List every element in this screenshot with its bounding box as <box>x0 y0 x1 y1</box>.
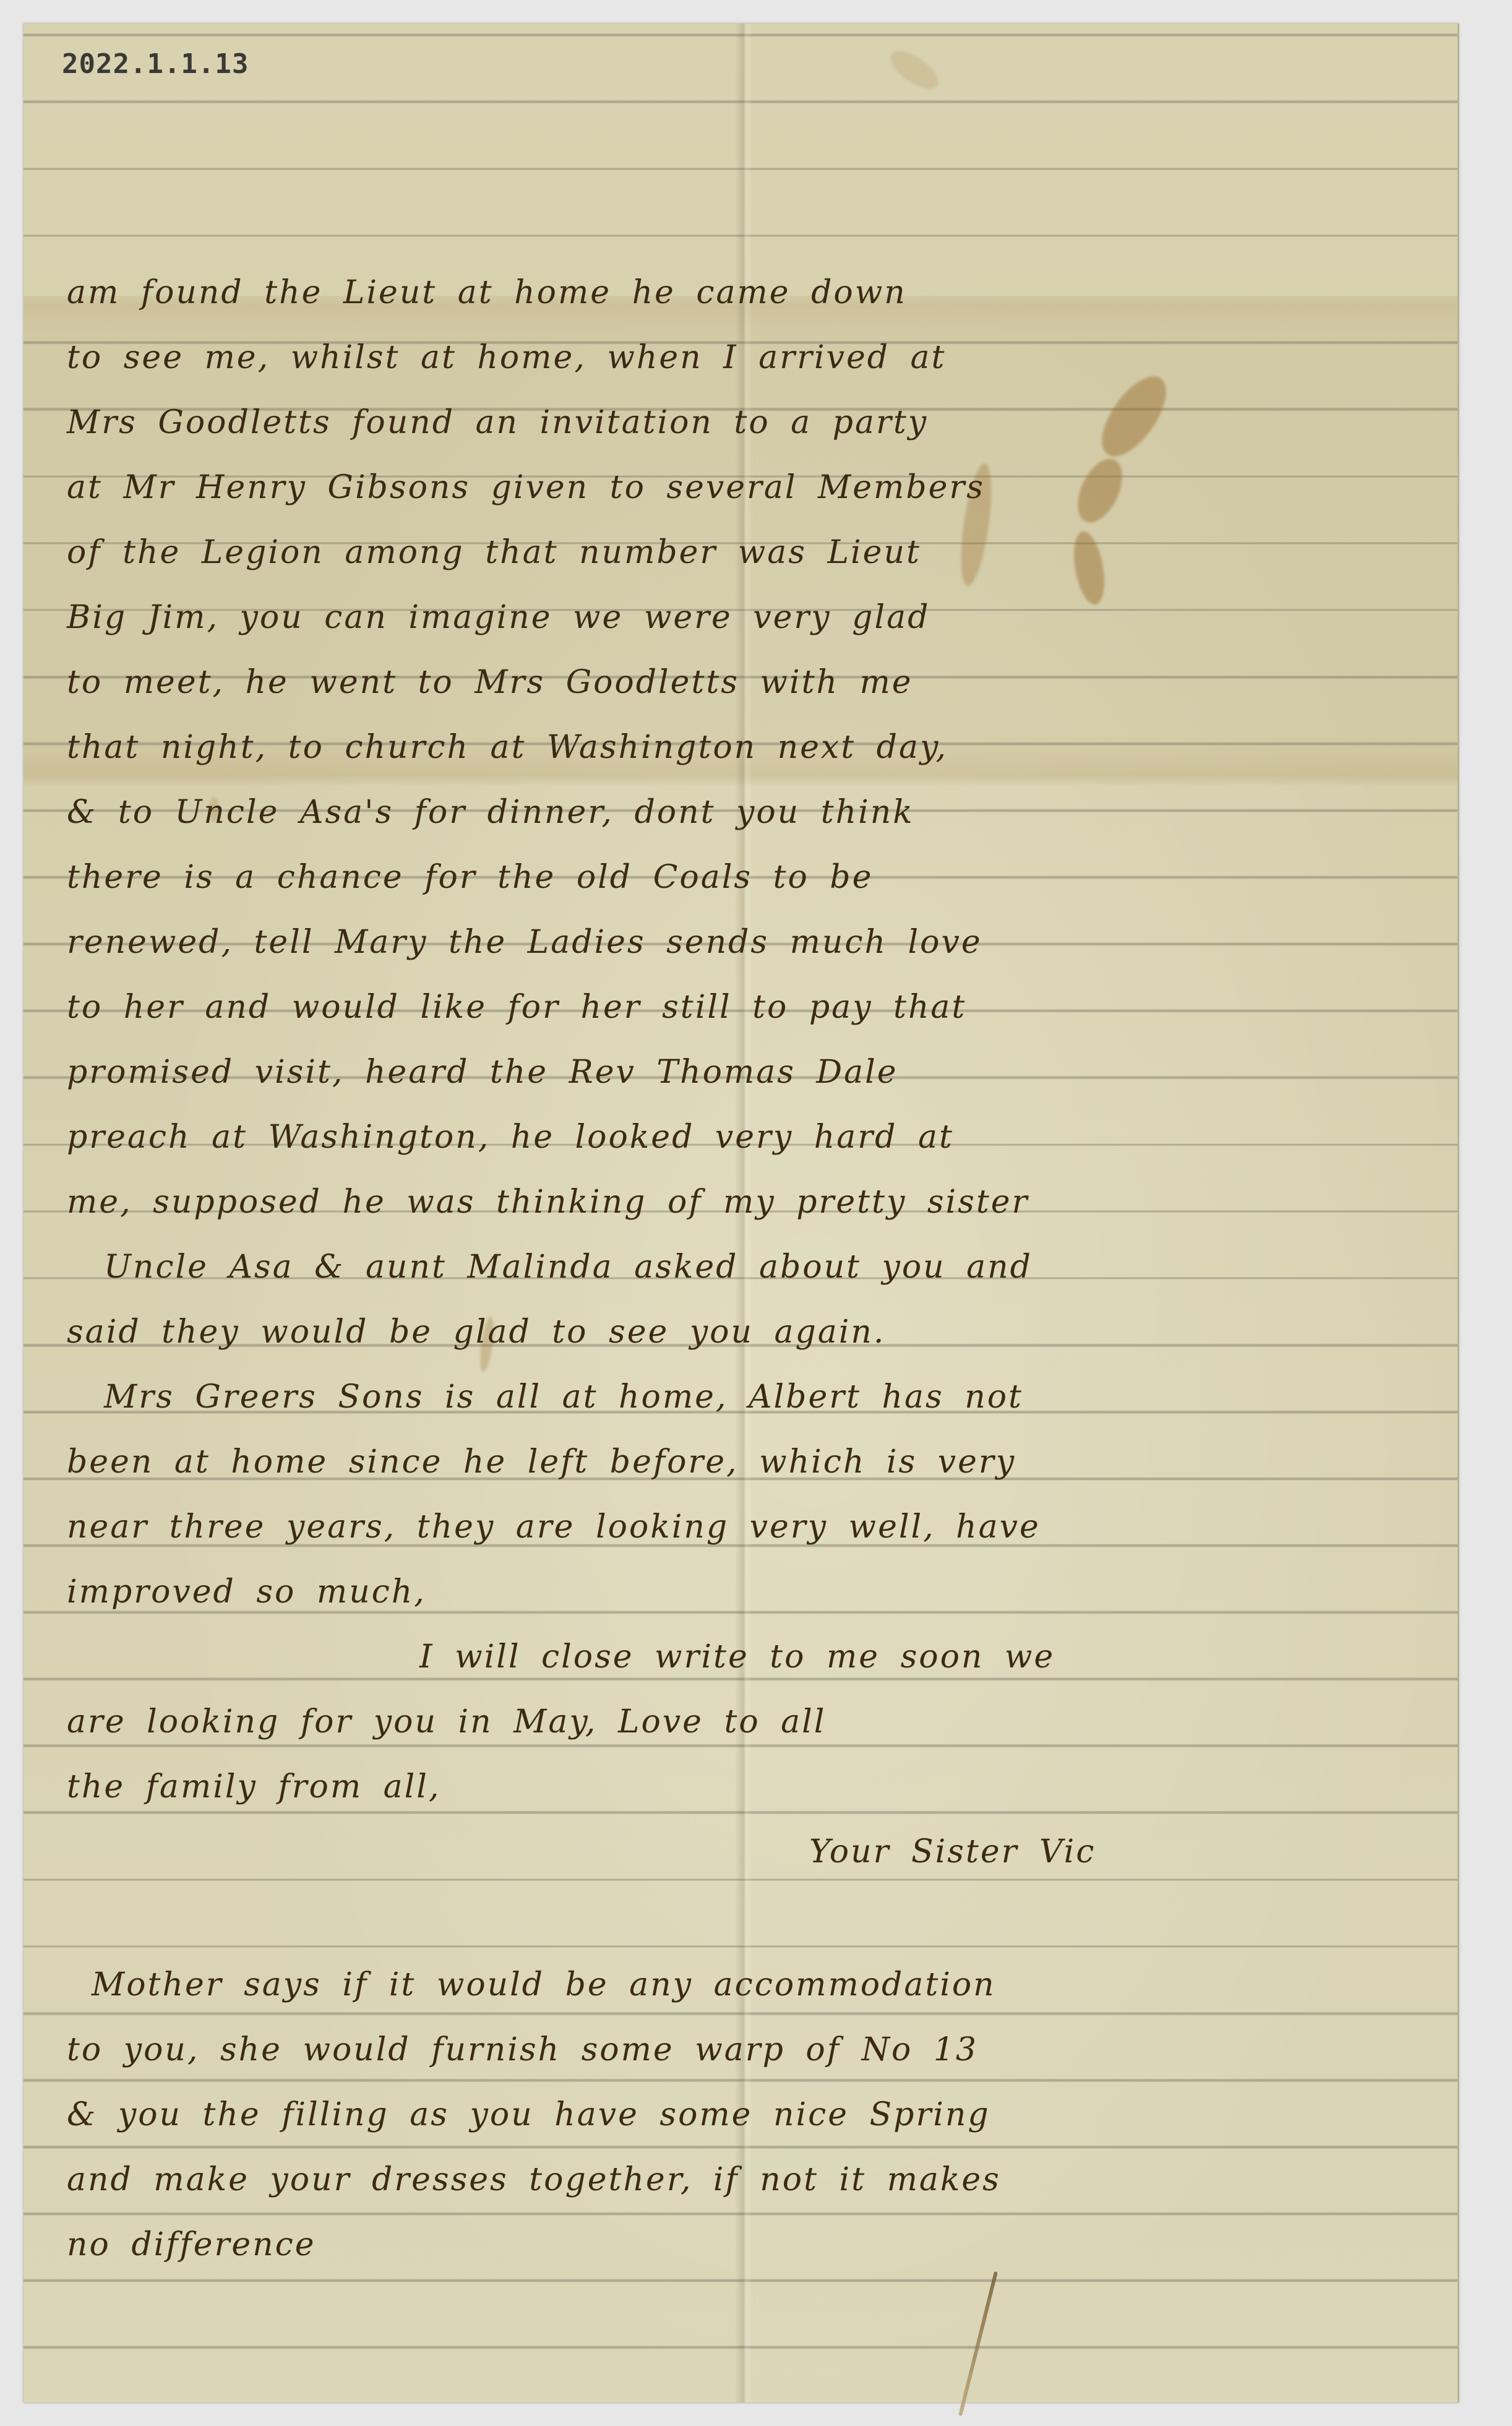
letter-line: am found the Lieut at home he came down <box>67 265 1433 320</box>
postscript-line: no difference <box>67 2217 1433 2273</box>
postscript-line: and make your dresses together, if not i… <box>67 2152 1433 2208</box>
letter-line: to her and would like for her still to p… <box>67 979 1433 1035</box>
letter-closing-signature: Your Sister Vic <box>809 1824 1433 1880</box>
letter-line: to see me, whilst at home, when I arrive… <box>67 330 1433 385</box>
postscript-line: & you the filling as you have some nice … <box>67 2087 1433 2143</box>
letter-line: near three years, they are looking very … <box>67 1499 1433 1555</box>
letter-line: the family from all, <box>67 1759 1433 1815</box>
postscript-line: Mother says if it would be any accommoda… <box>92 1957 1433 2013</box>
letter-line: promised visit, heard the Rev Thomas Dal… <box>67 1044 1433 1100</box>
letter-line: preach at Washington, he looked very har… <box>67 1109 1433 1165</box>
letter-line: of the Legion among that number was Lieu… <box>67 525 1433 580</box>
letter-line: to meet, he went to Mrs Goodletts with m… <box>67 655 1433 710</box>
letter-line: renewed, tell Mary the Ladies sends much… <box>67 914 1433 970</box>
letter-line: Big Jim, you can imagine we were very gl… <box>67 590 1433 645</box>
postscript-line: to you, she would furnish some warp of N… <box>67 2022 1433 2078</box>
stain-mark <box>885 44 945 96</box>
letter-line: Uncle Asa & aunt Malinda asked about you… <box>104 1239 1433 1295</box>
letter-sheet: 2022.1.1.13 am found the Lieut at home h… <box>24 24 1459 2402</box>
stray-pen-mark <box>958 2271 998 2416</box>
letter-line: there is a chance for the old Coals to b… <box>67 850 1433 905</box>
letter-line: I will close write to me soon we <box>419 1629 1433 1685</box>
letter-line: said they would be glad to see you again… <box>67 1304 1433 1360</box>
letter-line: been at home since he left before, which… <box>67 1434 1433 1490</box>
letter-line: Mrs Greers Sons is all at home, Albert h… <box>104 1369 1433 1425</box>
letter-line: that night, to church at Washington next… <box>67 720 1433 775</box>
letter-line: are looking for you in May, Love to all <box>67 1694 1433 1750</box>
letter-line: Mrs Goodletts found an invitation to a p… <box>67 395 1433 450</box>
letter-line: & to Uncle Asa's for dinner, dont you th… <box>67 785 1433 840</box>
letter-line: me, supposed he was thinking of my prett… <box>67 1174 1433 1230</box>
catalog-number: 2022.1.1.13 <box>62 48 249 80</box>
letter-line: at Mr Henry Gibsons given to several Mem… <box>67 460 1433 515</box>
letter-line: improved so much, <box>67 1564 1433 1620</box>
